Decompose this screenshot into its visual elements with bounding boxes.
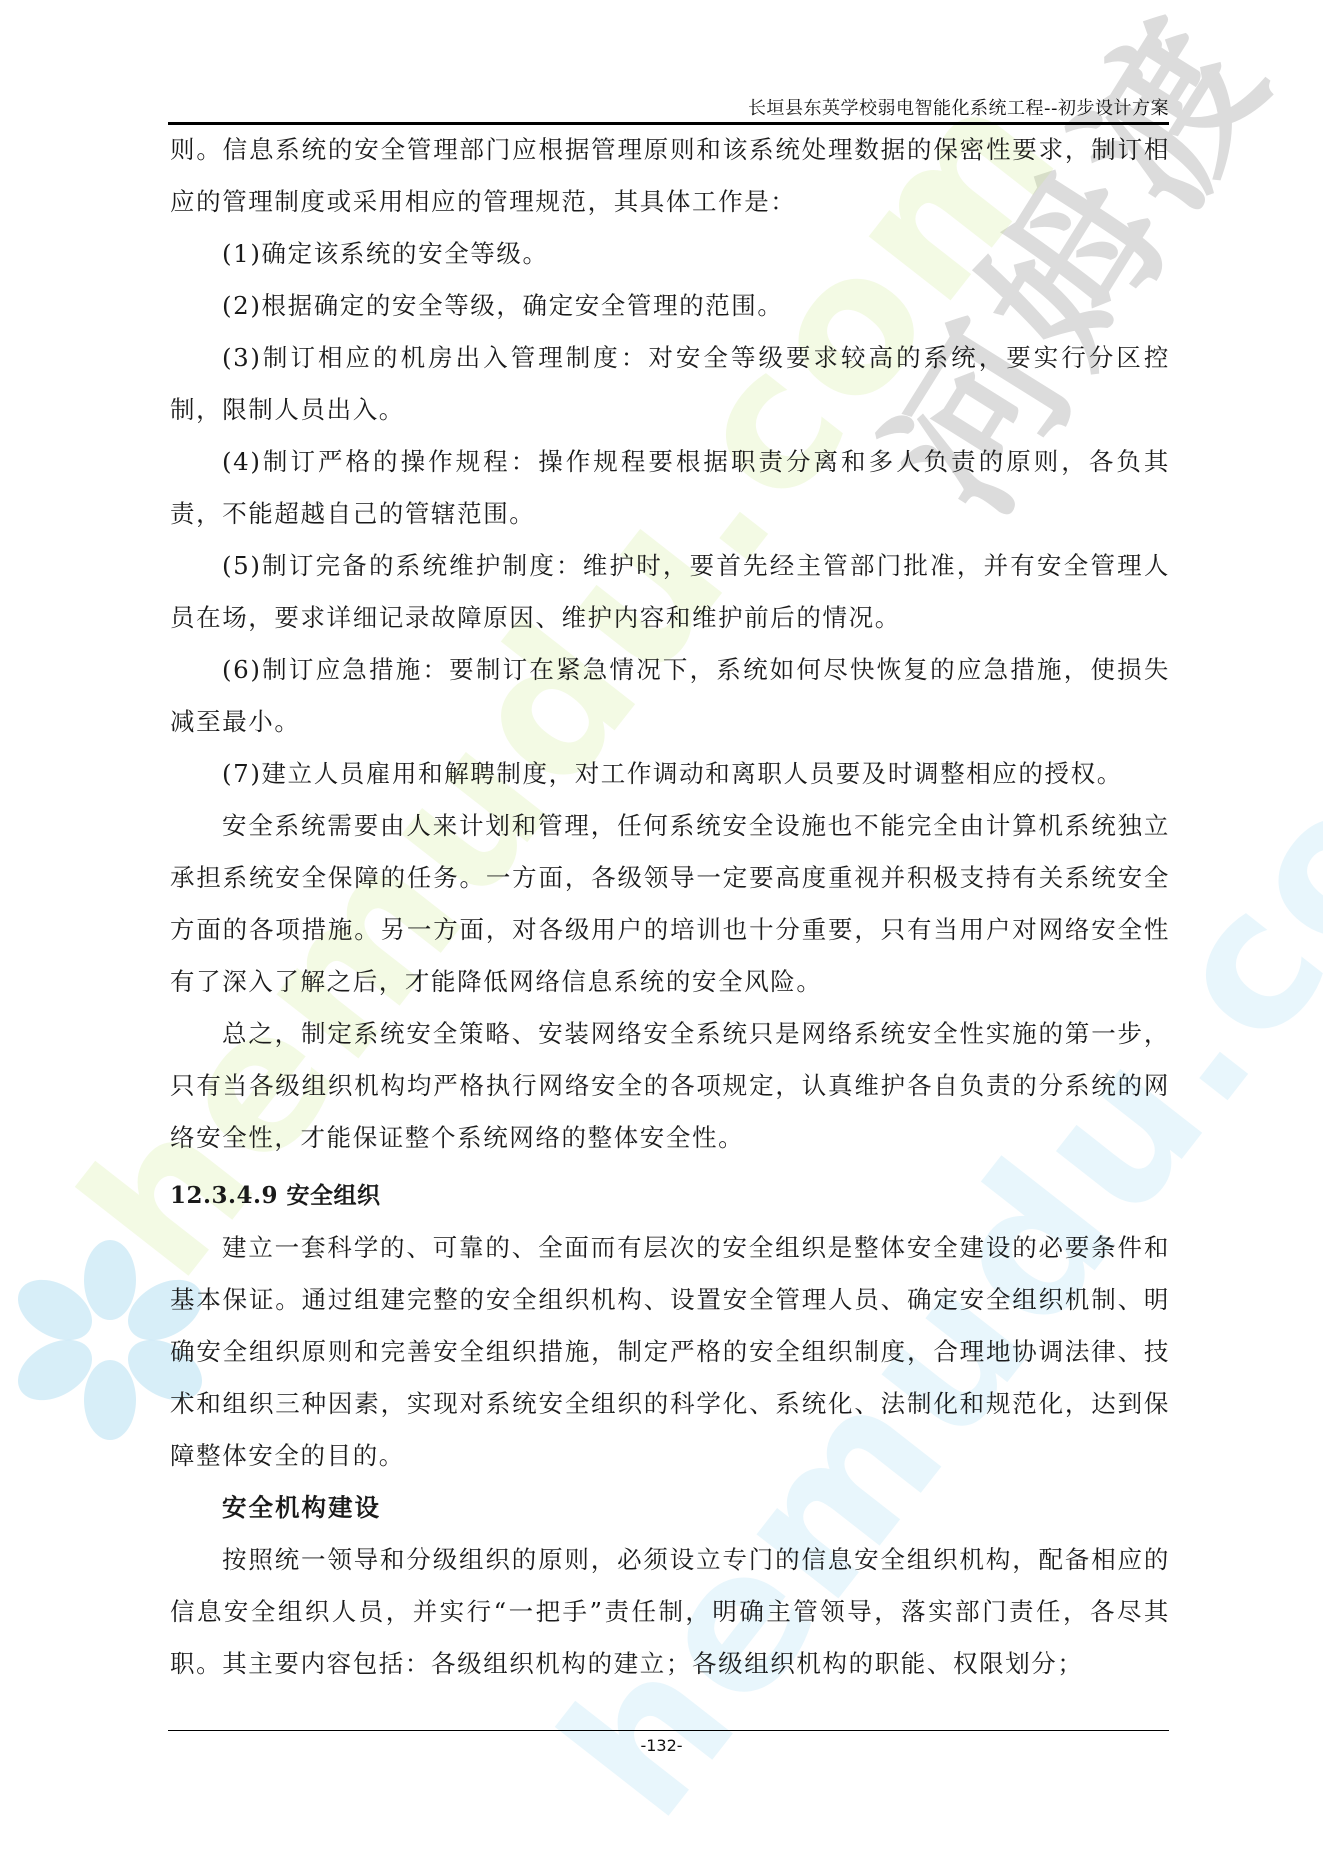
footer-divider bbox=[168, 1730, 1169, 1731]
list-item: (3)制订相应的机房出入管理制度：对安全等级要求较高的系统，要实行分区控制，限制… bbox=[170, 332, 1170, 436]
page-number: -132- bbox=[0, 1736, 1323, 1755]
list-item: (5)制订完备的系统维护制度：维护时，要首先经主管部门批准，并有安全管理人员在场… bbox=[170, 540, 1170, 644]
section-paragraph: 建立一套科学的、可靠的、全面而有层次的安全组织是整体安全建设的必要条件和基本保证… bbox=[170, 1222, 1170, 1482]
list-item: (6)制订应急措施：要制订在紧急情况下，系统如何尽快恢复的应急措施，使损失减至最… bbox=[170, 644, 1170, 748]
document-body: 则。信息系统的安全管理部门应根据管理原则和该系统处理数据的保密性要求，制订相应的… bbox=[170, 124, 1170, 1690]
list-item: (4)制订严格的操作规程：操作规程要根据职责分离和多人负责的原则，各负其责，不能… bbox=[170, 436, 1170, 540]
document-title: 长垣县东英学校弱电智能化系统工程--初步设计方案 bbox=[748, 94, 1169, 120]
list-item: (1)确定该系统的安全等级。 bbox=[170, 228, 1170, 280]
paragraph: 总之，制定系统安全策略、安装网络安全系统只是网络系统安全性实施的第一步，只有当各… bbox=[170, 1008, 1170, 1164]
paragraph-continuation: 则。信息系统的安全管理部门应根据管理原则和该系统处理数据的保密性要求，制订相应的… bbox=[170, 124, 1170, 228]
paragraph: 安全系统需要由人来计划和管理，任何系统安全设施也不能完全由计算机系统独立承担系统… bbox=[170, 800, 1170, 1008]
list-item: (7)建立人员雇用和解聘制度，对工作调动和离职人员要及时调整相应的授权。 bbox=[170, 748, 1170, 800]
list-item: (2)根据确定的安全等级，确定安全管理的范围。 bbox=[170, 280, 1170, 332]
page-header: 长垣县东英学校弱电智能化系统工程--初步设计方案 bbox=[168, 92, 1169, 125]
subsection-heading: 安全机构建设 bbox=[170, 1482, 1170, 1534]
section-heading: 12.3.4.9 安全组织 bbox=[170, 1170, 1170, 1222]
subsection-paragraph: 按照统一领导和分级组织的原则，必须设立专门的信息安全组织机构，配备相应的信息安全… bbox=[170, 1534, 1170, 1690]
